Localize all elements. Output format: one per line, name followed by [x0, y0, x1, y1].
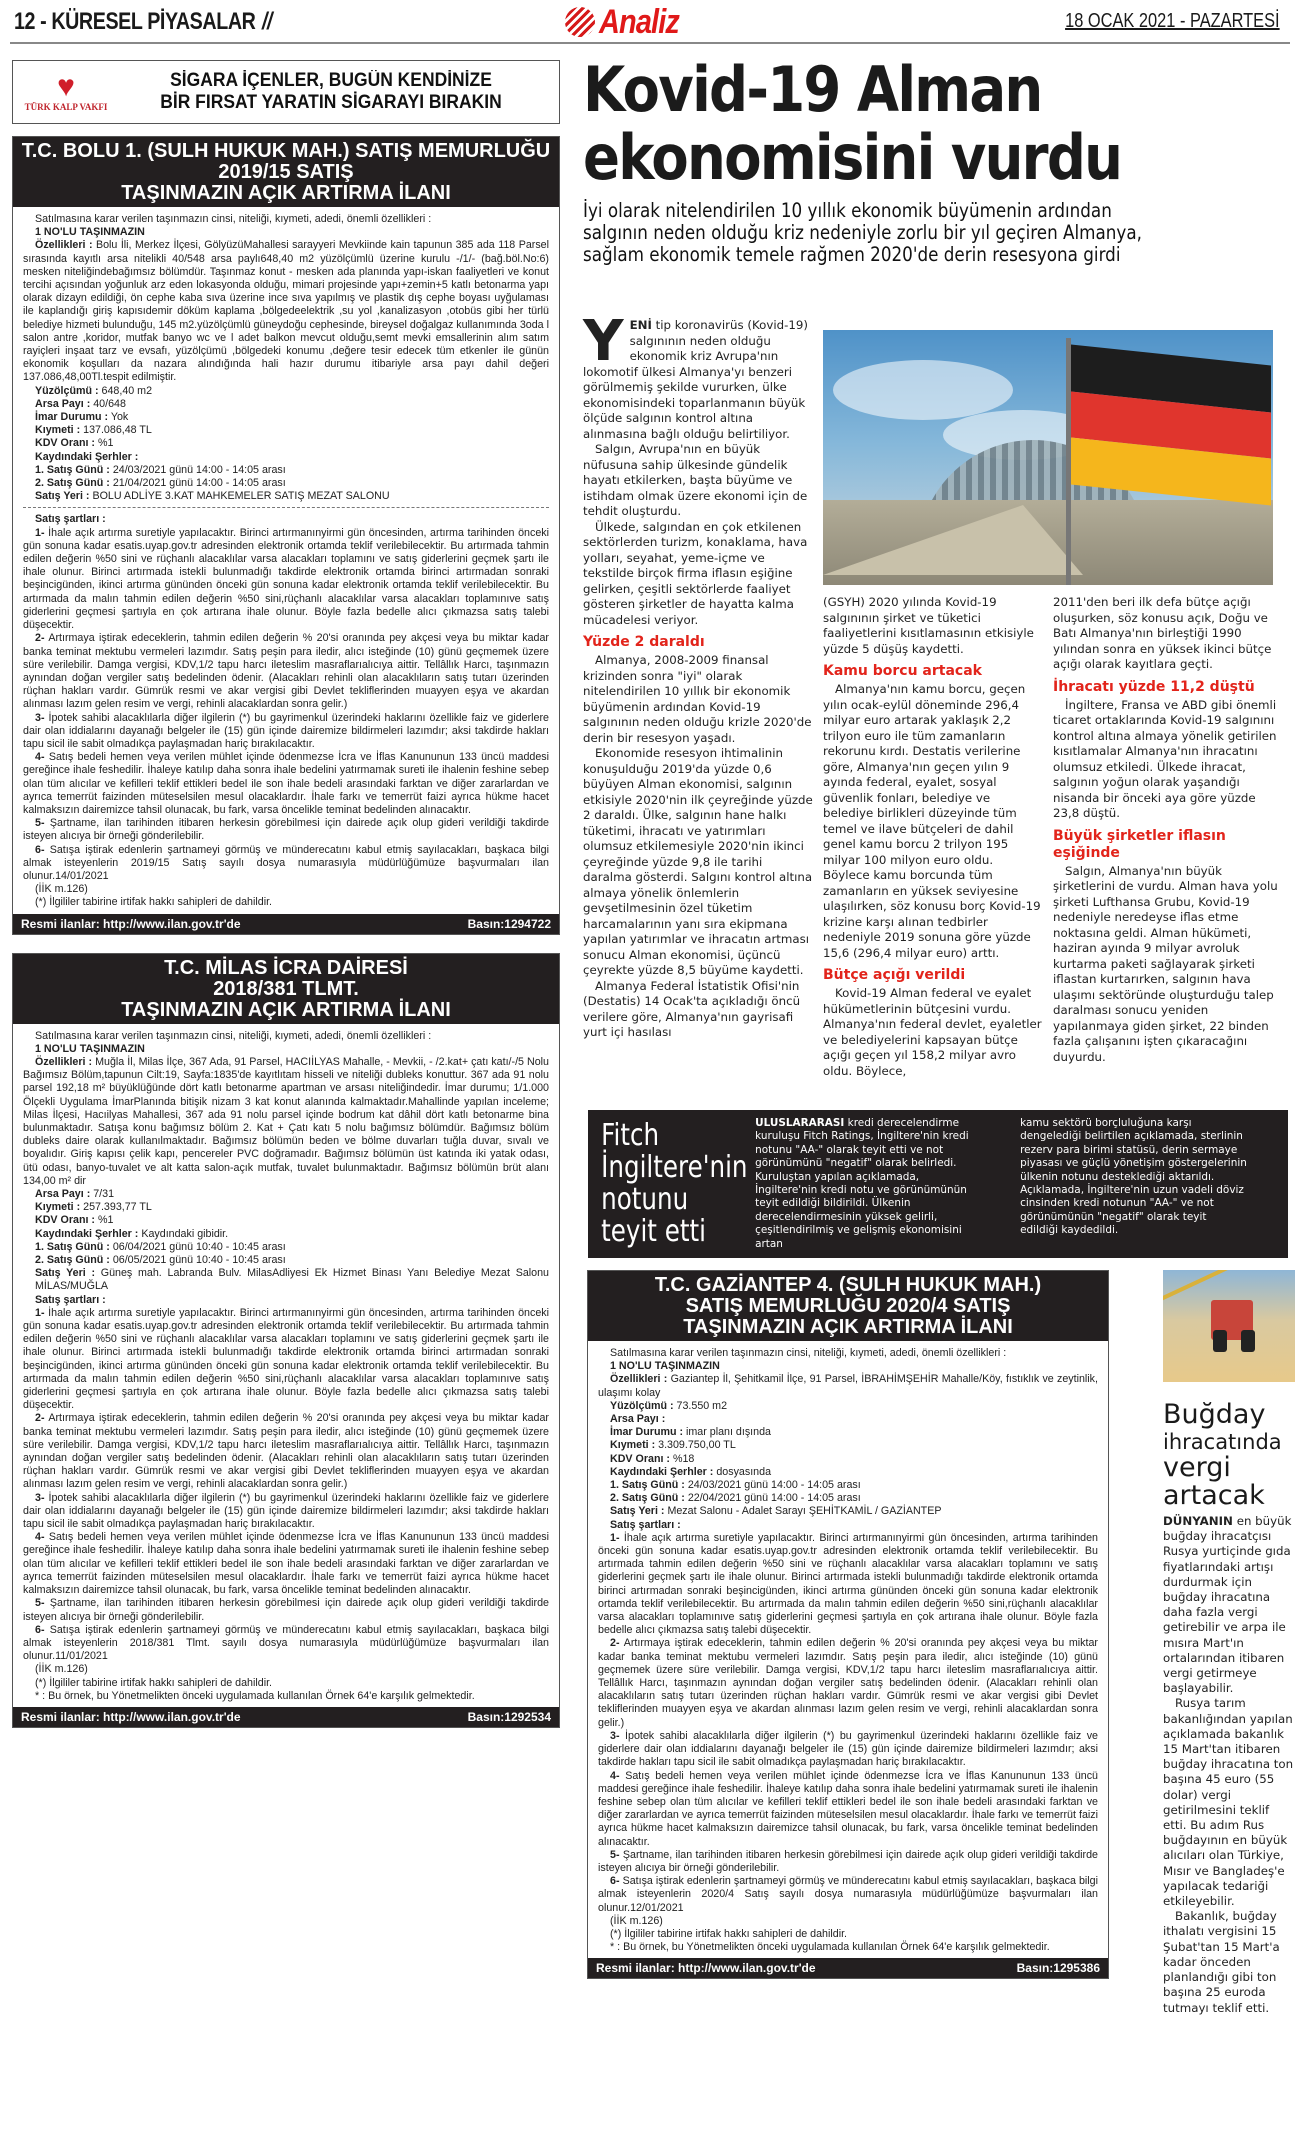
condition-item: 3- İpotek sahibi alacaklılarla diğer ilg…: [23, 1492, 549, 1532]
field-value: Mezat Salonu - Adalet Sarayı ŞEHİTKAMİL …: [667, 1505, 941, 1517]
field-value: Yok: [111, 411, 128, 423]
field-label: Satış Yeri :: [610, 1505, 664, 1517]
fitch-column-2: kamu sektörü borçluluğuna karşı dengeled…: [1003, 1110, 1255, 1258]
subheading: Yüzde 2 daraldı: [583, 634, 813, 651]
field-value: 73.550 m2: [677, 1400, 728, 1412]
sidebar-headline: Buğday ihracatında vergi artacak: [1163, 1400, 1295, 1510]
field-label: Satış Yeri :: [35, 1267, 95, 1279]
ad-field: Kaydındaki Şerhler : dosyasında: [598, 1466, 1098, 1479]
article-paragraph: YENİ tip koronavirüs (Kovid-19) salgının…: [583, 318, 813, 442]
condition-number: 3-: [35, 712, 45, 724]
ad-footer: Resmi ilanlar: http://www.ilan.gov.tr'de…: [13, 1707, 559, 1727]
condition-number: 2-: [610, 1637, 620, 1649]
article-paragraph: Ekonomide resesyon ihtimalinin konuşuldu…: [583, 746, 813, 979]
field-value: 648,40 m2: [102, 385, 153, 397]
sidebar-paragraph: Bakanlık, buğday ithalatı vergisini 15 Ş…: [1163, 1909, 1295, 2015]
ad-item-heading: 1 NO'LU TAŞINMAZIN: [598, 1360, 1098, 1373]
ad-body: Satılmasına karar verilen taşınmazın cin…: [13, 1024, 559, 1707]
ad-field: Yüzölçümü : 73.550 m2: [598, 1400, 1098, 1413]
tractor-wheel: [1213, 1330, 1227, 1352]
ad-title: T.C. MİLAS İCRA DAİRESİ2018/381 TLMT.TAŞ…: [13, 954, 559, 1024]
condition-text: Şartname, ilan tarihinden itibaren herke…: [598, 1849, 1098, 1874]
condition-number: 4-: [610, 1770, 620, 1782]
condition-text: İhale açık artırma suretiyle yapılacaktı…: [23, 527, 549, 631]
field-value: Muğla İl, Milas İlçe, 367 Ada, 91 Parsel…: [23, 1056, 549, 1187]
article-paragraph: İngiltere, Fransa ve ABD gibi önemli tic…: [1053, 698, 1278, 822]
condition-number: 6-: [610, 1875, 620, 1887]
field-label: Kıymeti :: [610, 1439, 655, 1451]
article-paragraph: Ülkede, salgından en çok etkilenen sektö…: [583, 520, 813, 629]
field-label: Özellikleri :: [610, 1373, 667, 1385]
ad-field: Kıymeti : 3.309.750,00 TL: [598, 1439, 1098, 1452]
condition-number: 1-: [35, 527, 45, 539]
field-label: Özellikleri :: [35, 239, 93, 251]
field-value: 24/03/2021 günü 14:00 - 14:05 arası: [113, 464, 286, 476]
ad-field: İmar Durumu : Yok: [23, 411, 549, 424]
sidebar-body: DÜNYANIN en büyük buğday ihracatçısı Rus…: [1163, 1514, 1295, 2016]
tractor-wheel: [1241, 1330, 1255, 1352]
condition-item: 5- Şartname, ilan tarihinden itibaren he…: [23, 817, 549, 843]
condition-number: 1-: [610, 1532, 620, 1544]
official-ads-link[interactable]: Resmi ilanlar: http://www.ilan.gov.tr'de: [21, 1710, 241, 1724]
section-slashes: //: [262, 8, 272, 35]
ad-title-line: TAŞINMAZIN AÇIK ARTIRMA İLANI: [19, 183, 553, 204]
conditions-heading: Satış şartları :: [598, 1519, 1098, 1532]
condition-text: Satış bedeli hemen veya verilen mühlet i…: [598, 1770, 1098, 1848]
sidebar-paragraph: DÜNYANIN en büyük buğday ihracatçısı Rus…: [1163, 1514, 1295, 1696]
subheading: Kamu borcu artacak: [823, 663, 1043, 680]
condition-item: 6- Satışa iştirak edenlerin şartnameyi g…: [23, 844, 549, 884]
ad-field: KDV Oranı : %18: [598, 1453, 1098, 1466]
legal-ad-gaziantep: T.C. GAZİANTEP 4. (SULH HUKUK MAH.)SATIŞ…: [587, 1270, 1109, 1979]
condition-number: 4-: [35, 1531, 45, 1543]
conditions-heading: Satış şartları :: [23, 513, 549, 526]
masthead-logo[interactable]: Analiz: [565, 4, 693, 40]
ad-note: * : Bu örnek, bu Yönetmelikten önceki uy…: [598, 1941, 1098, 1954]
ad-note: (İİK m.126): [23, 883, 549, 896]
field-label: 2. Satış Günü :: [35, 1254, 110, 1266]
ad-field: Kıymeti : 257.393,77 TL: [23, 1201, 549, 1214]
article-column-2: (GSYH) 2020 yılında Kovid-19 salgınının …: [823, 595, 1043, 1079]
condition-item: 6- Satışa iştirak edenlerin şartnameyi g…: [598, 1875, 1098, 1915]
deck-line: sağlam ekonomik temele rağmen 2020'de de…: [583, 244, 1195, 266]
subheading: İhracatı yüzde 11,2 düştü: [1053, 679, 1278, 696]
subheading: Büyük şirketler iflasın eşiğinde: [1053, 828, 1278, 862]
article-deck: İyi olarak nitelendirilen 10 yıllık ekon…: [583, 200, 1195, 266]
ad-title-line: 2018/381 TLMT.: [19, 979, 553, 1000]
main-article-header: Kovid-19 Alman ekonomisini vurdu İyi ola…: [583, 56, 1295, 266]
condition-text: Artırmaya iştirak edeceklerin, tahmin ed…: [598, 1637, 1098, 1728]
ad-note: * : Bu örnek, bu Yönetmelikten önceki uy…: [23, 1690, 549, 1703]
cloud: [833, 360, 1013, 420]
ad-note: (İİK m.126): [598, 1915, 1098, 1928]
paragraph-text: kredi derecelendirme kuruluşu Fitch Rati…: [755, 1116, 969, 1250]
section-title: 12 - KÜRESEL PİYASALAR//: [14, 8, 272, 36]
field-value: 137.086,48 TL: [83, 424, 152, 436]
condition-text: Satışa iştirak edenlerin şartnameyi görm…: [23, 1624, 549, 1662]
field-label: İmar Durumu :: [610, 1426, 683, 1438]
condition-text: Şartname, ilan tarihinden itibaren herke…: [23, 1597, 549, 1622]
field-value: Kaydındaki gibidir.: [141, 1228, 228, 1240]
ad-field: Arsa Payı : 40/648: [23, 398, 549, 411]
logo-text: Analiz: [599, 3, 679, 42]
ad-note: (İİK m.126): [23, 1663, 549, 1676]
headline-line: vergi: [1163, 1454, 1295, 1482]
condition-number: 2-: [35, 1412, 45, 1424]
article-paragraph: Salgın, Avrupa'nın en büyük nüfusuna sah…: [583, 442, 813, 520]
field-label: İmar Durumu :: [35, 411, 108, 423]
article-paragraph: Kovid-19 Alman federal ve eyalet hükümet…: [823, 986, 1043, 1079]
article-paragraph: Almanya, 2008-2009 finansal krizinden so…: [583, 653, 813, 746]
field-label: 2. Satış Günü :: [35, 477, 110, 489]
press-number: Basın:1295386: [1017, 1961, 1100, 1975]
ad-field: 1. Satış Günü : 24/03/2021 günü 14:00 - …: [23, 464, 549, 477]
ad-field: 2. Satış Günü : 21/04/2021 günü 14:00 - …: [23, 477, 549, 490]
left-column: ♥ TÜRK KALP VAKFI SİGARA İÇENLER, BUGÜN …: [12, 60, 560, 1728]
field-label: Arsa Payı :: [610, 1413, 665, 1425]
condition-item: 1- İhale açık artırma suretiyle yapılaca…: [23, 527, 549, 633]
ad-field: İmar Durumu : imar planı dışında: [598, 1426, 1098, 1439]
condition-item: 2- Artırmaya iştirak edeceklerin, tahmin…: [598, 1637, 1098, 1729]
field-label: Kaydındaki Şerhler :: [35, 451, 138, 463]
field-label: Özellikleri :: [35, 1056, 92, 1068]
ad-field: KDV Oranı : %1: [23, 437, 549, 450]
article-body: YENİ tip koronavirüs (Kovid-19) salgının…: [583, 318, 1295, 1008]
legal-ad-bolu: T.C. BOLU 1. (SULH HUKUK MAH.) SATIŞ MEM…: [12, 136, 560, 935]
page-header: 12 - KÜRESEL PİYASALAR// Analiz 18 OCAK …: [0, 0, 1300, 46]
ad-title-line: TAŞINMAZIN AÇIK ARTIRMA İLANI: [19, 1000, 553, 1021]
fitch-column-1: ULUSLARARASI kredi derecelendirme kurulu…: [738, 1110, 990, 1258]
ad-field: 1. Satış Günü : 06/04/2021 günü 10:40 - …: [23, 1241, 549, 1254]
condition-item: 6- Satışa iştirak edenlerin şartnameyi g…: [23, 1624, 549, 1664]
drop-cap: Y: [583, 320, 624, 364]
ad-field: Kaydındaki Şerhler : Kaydındaki gibidir.: [23, 1228, 549, 1241]
deck-line: İyi olarak nitelendirilen 10 yıllık ekon…: [583, 200, 1195, 222]
condition-item: 1- İhale açık artırma suretiyle yapılaca…: [598, 1532, 1098, 1638]
article-paragraph: Almanya Federal İstatistik Ofisi'nin (De…: [583, 979, 813, 1041]
ad-footer: Resmi ilanlar: http://www.ilan.gov.tr'de…: [588, 1958, 1108, 1978]
press-number: Basın:1292534: [468, 1710, 551, 1724]
condition-text: İpotek sahibi alacaklılarla diğer ilgile…: [23, 712, 549, 750]
ad-field: Yüzölçümü : 648,40 m2: [23, 385, 549, 398]
ad-note: (*) İlgililer tabirine irtifak hakkı sah…: [598, 1928, 1098, 1941]
lead-word: ENİ: [630, 318, 652, 332]
ad-field: KDV Oranı : %1: [23, 1214, 549, 1227]
condition-item: 4- Satış bedeli hemen veya verilen mühle…: [598, 1770, 1098, 1849]
condition-text: Satış bedeli hemen veya verilen mühlet i…: [23, 1531, 549, 1596]
field-label: Kaydındaki Şerhler :: [610, 1466, 713, 1478]
subheading: Bütçe açığı verildi: [823, 967, 1043, 984]
ad-title-line: 2019/15 SATIŞ: [19, 162, 553, 183]
fitch-headline: Fitch İngiltere'nin notunu teyit etti: [588, 1110, 711, 1258]
lead-word: DÜNYANIN: [1163, 1514, 1233, 1528]
headline-line: Buğday: [1163, 1400, 1295, 1430]
paragraph-text: en büyük buğday ihracatçısı Rusya yurtiç…: [1163, 1514, 1291, 1695]
condition-item: 3- İpotek sahibi alacaklılarla diğer ilg…: [23, 712, 549, 752]
field-label: Arsa Payı :: [35, 398, 90, 410]
german-flag: [1071, 344, 1271, 505]
condition-text: Artırmaya iştirak edeceklerin, tahmin ed…: [23, 632, 549, 710]
ad-title-line: T.C. GAZİANTEP 4. (SULH HUKUK MAH.): [594, 1275, 1102, 1296]
ad-field: 1. Satış Günü : 24/03/2021 günü 14:00 - …: [598, 1479, 1098, 1492]
condition-number: 5-: [610, 1849, 620, 1861]
field-label: 1. Satış Günü :: [610, 1479, 685, 1491]
condition-text: İhale açık artırma suretiyle yapılacaktı…: [598, 1532, 1098, 1636]
ad-field: 2. Satış Günü : 06/05/2021 günü 10:40 - …: [23, 1254, 549, 1267]
field-label: KDV Oranı :: [35, 1214, 95, 1226]
field-label: KDV Oranı :: [610, 1453, 670, 1465]
ad-body: Satılmasına karar verilen taşınmazın cin…: [588, 1341, 1108, 1958]
ad-field: Arsa Payı :: [598, 1413, 1098, 1426]
article-paragraph: Salgın, Almanya'nın büyük şirketlerini d…: [1053, 864, 1278, 1066]
official-ads-link[interactable]: Resmi ilanlar: http://www.ilan.gov.tr'de: [596, 1961, 816, 1975]
article-paragraph: 2011'den beri ilk defa bütçe açığı oluşu…: [1053, 595, 1278, 673]
condition-item: 3- İpotek sahibi alacaklılarla diğer ilg…: [598, 1730, 1098, 1770]
ad-title: T.C. BOLU 1. (SULH HUKUK MAH.) SATIŞ MEM…: [13, 137, 559, 207]
conditions-heading: Satış şartları :: [23, 1294, 549, 1307]
field-label: Yüzölçümü :: [35, 385, 99, 397]
field-label: KDV Oranı :: [35, 437, 95, 449]
ad-intro: Satılmasına karar verilen taşınmazın cin…: [23, 213, 549, 226]
article-headline: Kovid-19 Alman ekonomisini vurdu: [583, 56, 1210, 192]
field-value: 40/648: [93, 398, 126, 410]
field-value: 7/31: [93, 1188, 114, 1200]
field-value: 24/03/2021 günü 14:00 - 14:05 arası: [688, 1479, 861, 1491]
field-label: Yüzölçümü :: [610, 1400, 674, 1412]
field-value: Güneş mah. Labranda Bulv. MilasAdliyesi …: [35, 1267, 549, 1292]
field-label: 2. Satış Günü :: [610, 1492, 685, 1504]
sidebar-paragraph: Rusya tarım bakanlığından yapılan açıkla…: [1163, 1696, 1295, 1909]
reichstag-pediment: [823, 505, 1083, 575]
article-column-3: 2011'den beri ilk defa bütçe açığı oluşu…: [1053, 595, 1278, 1065]
ad-title-line: T.C. MİLAS İCRA DAİRESİ: [19, 958, 553, 979]
lead-word: ULUSLARARASI: [755, 1116, 844, 1129]
ad-note: (*) İlgililer tabirine irtifak hakkı sah…: [23, 1677, 549, 1690]
condition-text: İpotek sahibi alacaklılarla diğer ilgile…: [598, 1730, 1098, 1768]
field-label: Kaydındaki Şerhler :: [35, 1228, 138, 1240]
harvest-photo: [1163, 1270, 1295, 1382]
condition-number: 3-: [610, 1730, 620, 1742]
field-label: Satış Yeri :: [35, 490, 89, 502]
psa-banner: ♥ TÜRK KALP VAKFI SİGARA İÇENLER, BUGÜN …: [12, 60, 560, 124]
condition-text: İpotek sahibi alacaklılarla diğer ilgile…: [23, 1492, 549, 1530]
field-value: Bolu İli, Merkez İlçesi, GölyüzüMahalles…: [23, 239, 549, 383]
psa-line: BİR FIRSAT YARATIN SİGARAYI BIRAKIN: [129, 92, 534, 114]
condition-text: İhale açık artırma suretiyle yapılacaktı…: [23, 1307, 549, 1411]
condition-number: 2-: [35, 632, 45, 644]
ad-footer: Resmi ilanlar: http://www.ilan.gov.tr'de…: [13, 914, 559, 934]
field-label: 1. Satış Günü :: [35, 1241, 110, 1253]
headline-line: ekonomisini vurdu: [583, 124, 1210, 192]
ad-note: (*) İlgililer tabirine irtifak hakkı sah…: [23, 896, 549, 909]
ad-title-line: TAŞINMAZIN AÇIK ARTIRMA İLANI: [594, 1317, 1102, 1338]
field-value: 06/04/2021 günü 10:40 - 10:45 arası: [113, 1241, 286, 1253]
ad-title-line: T.C. BOLU 1. (SULH HUKUK MAH.) SATIŞ MEM…: [19, 141, 553, 162]
ad-field: Satış Yeri : Güneş mah. Labranda Bulv. M…: [23, 1267, 549, 1293]
field-label: Arsa Payı :: [35, 1188, 90, 1200]
condition-number: 6-: [35, 1624, 45, 1636]
psa-message: SİGARA İÇENLER, BUGÜN KENDİNİZE BİR FIRS…: [129, 70, 534, 114]
field-value: 21/04/2021 günü 14:00 - 14:05 arası: [113, 477, 286, 489]
field-value: BOLU ADLİYE 3.KAT MAHKEMELER SATIŞ MEZAT…: [92, 490, 389, 502]
psa-line: SİGARA İÇENLER, BUGÜN KENDİNİZE: [129, 70, 534, 92]
field-label: Kıymeti :: [35, 424, 80, 436]
field-label: 1. Satış Günü :: [35, 464, 110, 476]
condition-text: Satışa iştirak edenlerin şartnameyi görm…: [598, 1875, 1098, 1913]
wheat-news-sidebar: Buğday ihracatında vergi artacak DÜNYANI…: [1163, 1270, 1295, 2016]
ad-title-line: SATIŞ MEMURLUĞU 2020/4 SATIŞ: [594, 1296, 1102, 1317]
dashed-divider: [23, 507, 549, 508]
headline-line: ihracatında: [1163, 1430, 1295, 1454]
article-column-1: YENİ tip koronavirüs (Kovid-19) salgının…: [583, 318, 813, 1041]
field-value: dosyasında: [716, 1466, 771, 1478]
field-value: 257.393,77 TL: [83, 1201, 152, 1213]
ad-title: T.C. GAZİANTEP 4. (SULH HUKUK MAH.)SATIŞ…: [588, 1271, 1108, 1341]
condition-text: Satışa iştirak edenlerin şartnameyi görm…: [23, 844, 549, 882]
condition-number: 3-: [35, 1492, 45, 1504]
heart-icon: ♥: [21, 72, 111, 102]
condition-item: 5- Şartname, ilan tarihinden itibaren he…: [23, 1597, 549, 1623]
condition-number: 4-: [35, 751, 45, 763]
issue-date: 18 OCAK 2021 - PAZARTESİ: [1065, 10, 1280, 33]
legal-ad-milas: T.C. MİLAS İCRA DAİRESİ2018/381 TLMT.TAŞ…: [12, 953, 560, 1728]
ad-features: Özellikleri : Muğla İl, Milas İlçe, 367 …: [23, 1056, 549, 1188]
field-value: %1: [98, 1214, 113, 1226]
condition-item: 1- İhale açık artırma suretiyle yapılaca…: [23, 1307, 549, 1413]
ad-field: 2. Satış Günü : 22/04/2021 günü 14:00 - …: [598, 1492, 1098, 1505]
condition-number: 5-: [35, 1597, 45, 1609]
reichstag-flag-photo: [823, 330, 1273, 585]
ad-field: Satış Yeri : Mezat Salonu - Adalet Saray…: [598, 1505, 1098, 1518]
field-label: Kıymeti :: [35, 1201, 80, 1213]
field-value: 06/05/2021 günü 10:40 - 10:45 arası: [113, 1254, 286, 1266]
heart-foundation-logo: ♥ TÜRK KALP VAKFI: [21, 72, 111, 112]
field-value: 22/04/2021 günü 14:00 - 14:05 arası: [688, 1492, 861, 1504]
ad-intro: Satılmasına karar verilen taşınmazın cin…: [23, 1030, 549, 1043]
field-value: 3.309.750,00 TL: [658, 1439, 736, 1451]
field-value: imar planı dışında: [686, 1426, 771, 1438]
psa-org-name: TÜRK KALP VAKFI: [21, 102, 111, 112]
ad-field: Kaydındaki Şerhler :: [23, 451, 549, 464]
headline-line: artacak: [1163, 1482, 1295, 1510]
fitch-news-box: Fitch İngiltere'nin notunu teyit etti UL…: [588, 1110, 1288, 1258]
ad-body: Satılmasına karar verilen taşınmazın cin…: [13, 207, 559, 914]
condition-number: 1-: [35, 1307, 45, 1319]
press-number: Basın:1294722: [468, 917, 551, 931]
condition-item: 2- Artırmaya iştirak edeceklerin, tahmin…: [23, 1412, 549, 1491]
ad-item-heading: 1 NO'LU TAŞINMAZIN: [23, 1043, 549, 1056]
condition-number: 5-: [35, 817, 45, 829]
condition-item: 4- Satış bedeli hemen veya verilen mühle…: [23, 751, 549, 817]
ad-field: Arsa Payı : 7/31: [23, 1188, 549, 1201]
ad-item-heading: 1 NO'LU TAŞINMAZIN: [23, 226, 549, 239]
condition-number: 6-: [35, 844, 45, 856]
article-paragraph: (GSYH) 2020 yılında Kovid-19 salgınının …: [823, 595, 1043, 657]
ad-features: Özellikleri : Gaziantep İl, Şehitkamil İ…: [598, 1373, 1098, 1399]
condition-item: 2- Artırmaya iştirak edeceklerin, tahmin…: [23, 632, 549, 711]
condition-text: Şartname, ilan tarihinden itibaren herke…: [23, 817, 549, 842]
condition-text: Satış bedeli hemen veya verilen mühlet i…: [23, 751, 549, 816]
condition-item: 5- Şartname, ilan tarihinden itibaren he…: [598, 1849, 1098, 1875]
ad-intro: Satılmasına karar verilen taşınmazın cin…: [598, 1347, 1098, 1360]
deck-line: salgının neden olduğu kriz nedeniyle zor…: [583, 222, 1195, 244]
article-paragraph: Almanya'nın kamu borcu, geçen yılın ocak…: [823, 682, 1043, 961]
official-ads-link[interactable]: Resmi ilanlar: http://www.ilan.gov.tr'de: [21, 917, 241, 931]
condition-text: Artırmaya iştirak edeceklerin, tahmin ed…: [23, 1412, 549, 1490]
ad-field: Kıymeti : 137.086,48 TL: [23, 424, 549, 437]
field-value: Gaziantep İl, Şehitkamil İlçe, 91 Parsel…: [598, 1373, 1098, 1398]
condition-item: 4- Satış bedeli hemen veya verilen mühle…: [23, 1531, 549, 1597]
field-value: %18: [673, 1453, 694, 1465]
ad-field: Satış Yeri : BOLU ADLİYE 3.KAT MAHKEMELE…: [23, 490, 549, 503]
field-value: %1: [98, 437, 113, 449]
ad-features: Özellikleri : Bolu İli, Merkez İlçesi, G…: [23, 239, 549, 384]
headline-line: Kovid-19 Alman: [583, 56, 1210, 124]
harvester-auger: [1163, 1270, 1230, 1303]
logo-swirl-icon: [565, 7, 595, 37]
header-divider: [10, 42, 1290, 44]
